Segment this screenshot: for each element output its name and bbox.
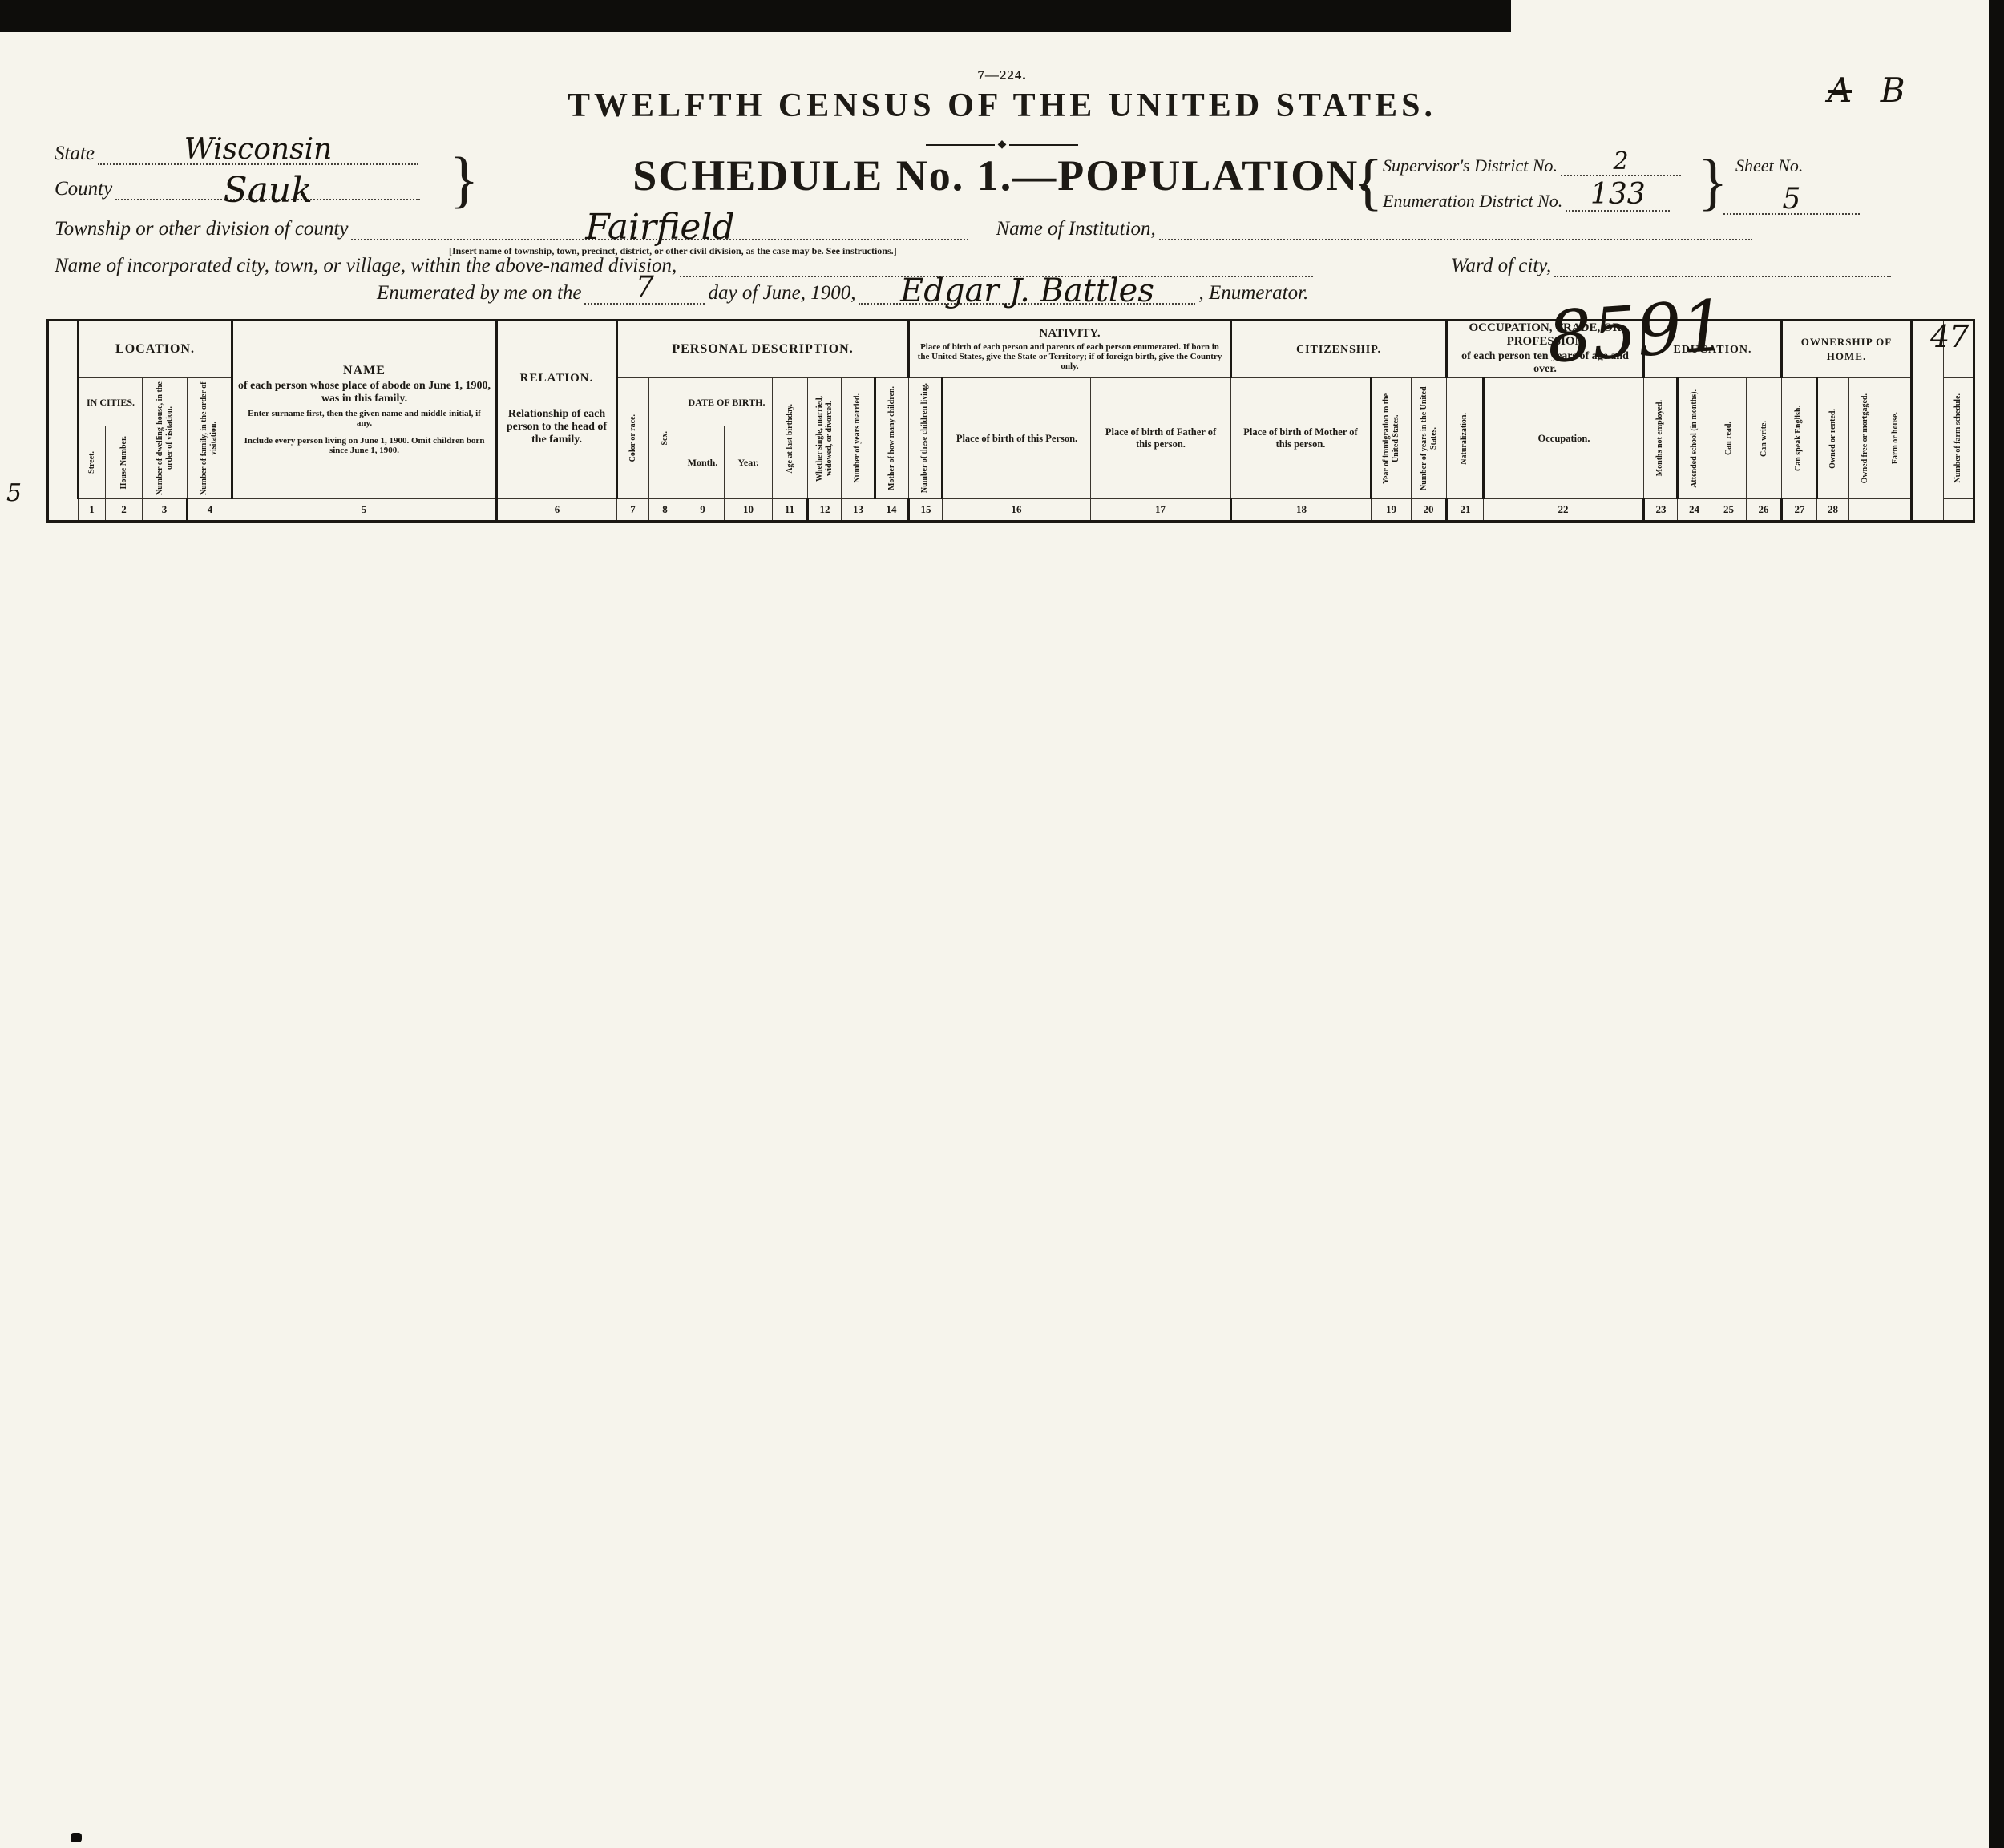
enumerator-suffix: , Enumerator.	[1198, 282, 1308, 304]
children-living-header: Number of these children living.	[909, 378, 943, 499]
immigration-header: Year of immigration to the United States…	[1372, 378, 1412, 499]
margin-mark-right: 47	[1930, 319, 1969, 354]
age-header: Age at last birthday.	[773, 378, 808, 499]
citizenship-group: CITIZENSHIP.	[1231, 321, 1447, 378]
sheet-label: Sheet No.	[1735, 155, 1803, 176]
column-number: 25	[1711, 499, 1747, 522]
house-number-header: House Number.	[106, 426, 143, 499]
mother-of-header: Mother of how many children.	[875, 378, 909, 499]
sex-header: Sex.	[649, 378, 681, 499]
form-number: 7—224.	[0, 67, 2004, 83]
occupation-header: Occupation.	[1484, 378, 1644, 499]
nativity-title: NATIVITY.	[910, 327, 1230, 341]
street-header: Street.	[79, 426, 106, 499]
column-number: 24	[1678, 499, 1711, 522]
column-number: 4	[188, 499, 232, 522]
corner-mark-a: A	[1828, 71, 1852, 110]
color-header: Color or race.	[617, 378, 649, 499]
nativity-note: Place of birth of each person and parent…	[910, 341, 1230, 373]
owned-rented-header: Owned or rented.	[1817, 378, 1849, 499]
state-county-brace: }	[449, 148, 479, 211]
pob-mother-header: Place of birth of Mother of this person.	[1231, 378, 1372, 499]
supervisor-field: Supervisor's District No. 2	[1383, 154, 1681, 176]
column-number: 10	[725, 499, 773, 522]
enumerated-day: 7	[636, 271, 654, 304]
personal-group: PERSONAL DESCRIPTION.	[617, 321, 909, 378]
relation-title: RELATION.	[498, 372, 616, 385]
column-number: 20	[1412, 499, 1447, 522]
census-sheet: 7—224. TWELFTH CENSUS OF THE UNITED STAT…	[0, 0, 2004, 1848]
column-number: 18	[1231, 499, 1372, 522]
name-desc: of each person whose place of abode on J…	[233, 378, 495, 407]
column-number: 1	[79, 499, 106, 522]
relation-group: RELATION. Relationship of each person to…	[497, 321, 617, 499]
column-number: 21	[1447, 499, 1484, 522]
name-note1: Enter surname first, then the given name…	[233, 407, 495, 430]
scan-edge-top	[0, 0, 1511, 32]
marital-header: Whether single, married, widowed, or div…	[808, 378, 842, 499]
column-number: 12	[808, 499, 842, 522]
month-header: Month.	[681, 426, 725, 499]
farm-schedule-header: Number of farm schedule.	[1944, 378, 1974, 499]
enumeration-value: 133	[1590, 178, 1646, 211]
column-number: 22	[1484, 499, 1644, 522]
column-number: 11	[773, 499, 808, 522]
name-note2: Include every person living on June 1, 1…	[233, 434, 495, 457]
stamp-number: 8591	[1545, 284, 1730, 378]
can-read-header: Can read.	[1711, 378, 1747, 499]
enumerated-field: Enumerated by me on the 7 day of June, 1…	[377, 282, 1308, 305]
column-number: 19	[1372, 499, 1412, 522]
township-value: Fairfield	[585, 207, 735, 248]
state-value: Wisconsin	[184, 133, 333, 166]
column-number: 8	[649, 499, 681, 522]
scan-blot	[71, 1833, 82, 1842]
sheet-field: 5	[1723, 192, 1860, 215]
column-number: 7	[617, 499, 649, 522]
scan-edge-right	[1989, 0, 2004, 1848]
months-not-employed-header: Months not employed.	[1644, 378, 1678, 499]
relation-desc: Relationship of each person to the head …	[498, 406, 616, 448]
owned-free-header: Owned free or mortgaged.	[1849, 378, 1881, 499]
sheet-value: 5	[1783, 183, 1801, 216]
county-value: Sauk	[224, 170, 313, 211]
location-group: LOCATION.	[79, 321, 232, 378]
enumerated-mid: day of June, 1900,	[708, 282, 855, 304]
supervisor-label: Supervisor's District No.	[1383, 155, 1558, 176]
margin-mark-left: 5	[6, 479, 22, 507]
can-speak-header: Can speak English.	[1782, 378, 1817, 499]
naturalization-header: Naturalization.	[1447, 378, 1484, 499]
title-divider: ◆	[926, 138, 1078, 151]
dob-header: DATE OF BIRTH.	[681, 378, 773, 426]
column-number: 2	[106, 499, 143, 522]
ward-field: Ward of city,	[1451, 255, 1891, 277]
nativity-group: NATIVITY. Place of birth of each person …	[909, 321, 1231, 378]
years-married-header: Number of years married.	[842, 378, 875, 499]
in-cities-header: IN CITIES.	[79, 378, 143, 426]
attended-school-header: Attended school (in months).	[1678, 378, 1711, 499]
institution-label: Name of Institution,	[996, 218, 1155, 240]
farm-house-header: Farm or house.	[1881, 378, 1912, 499]
col1-header: Number of dwelling-house, in the order o…	[143, 378, 188, 499]
township-field: Township or other division of county Fai…	[55, 218, 1752, 240]
corner-mark-b: B	[1881, 71, 1905, 110]
column-number: 15	[909, 499, 943, 522]
column-number: 14	[875, 499, 909, 522]
name-title: NAME	[233, 364, 495, 378]
enumerator-value: Edgar J. Battles	[900, 272, 1154, 309]
col2-header: Number of family, in the order of visita…	[188, 378, 232, 499]
township-label: Township or other division of county	[55, 218, 348, 240]
name-group: NAME of each person whose place of abode…	[232, 321, 497, 499]
column-number: 3	[143, 499, 188, 522]
column-number: 23	[1644, 499, 1678, 522]
district-brace-open: {	[1353, 151, 1383, 213]
column-number: 17	[1091, 499, 1231, 522]
state-label: State	[55, 143, 95, 164]
column-number: 27	[1782, 499, 1817, 522]
enumeration-field: Enumeration District No. 133	[1383, 189, 1670, 212]
column-number: 16	[943, 499, 1091, 522]
column-number: 26	[1747, 499, 1782, 522]
pob-father-header: Place of birth of Father of this person.	[1091, 378, 1231, 499]
column-number: 6	[497, 499, 617, 522]
supervisor-value: 2	[1613, 147, 1628, 176]
column-number: 9	[681, 499, 725, 522]
column-number: 5	[232, 499, 497, 522]
ward-label: Ward of city,	[1451, 255, 1551, 276]
column-number: 13	[842, 499, 875, 522]
city-label: Name of incorporated city, town, or vill…	[55, 255, 677, 276]
enumeration-label: Enumeration District No.	[1383, 191, 1562, 211]
years-us-header: Number of years in the United States.	[1412, 378, 1447, 499]
column-number: 28	[1817, 499, 1849, 522]
enumerated-prefix: Enumerated by me on the	[377, 282, 581, 304]
ownership-group: OWNERSHIP OF HOME.	[1782, 321, 1912, 378]
page-title: TWELFTH CENSUS OF THE UNITED STATES.	[0, 87, 2004, 125]
county-label: County	[55, 178, 112, 200]
column-numbers: 1234567891011121314151617181920212223242…	[48, 499, 1974, 522]
state-field: State Wisconsin	[55, 143, 418, 165]
county-field: County Sauk	[55, 178, 420, 200]
pob-person-header: Place of birth of this Person.	[943, 378, 1091, 499]
corner-marks: A B	[1828, 71, 1905, 110]
rownum-header-left	[48, 321, 79, 522]
can-write-header: Can write.	[1747, 378, 1782, 499]
year-header: Year.	[725, 426, 773, 499]
